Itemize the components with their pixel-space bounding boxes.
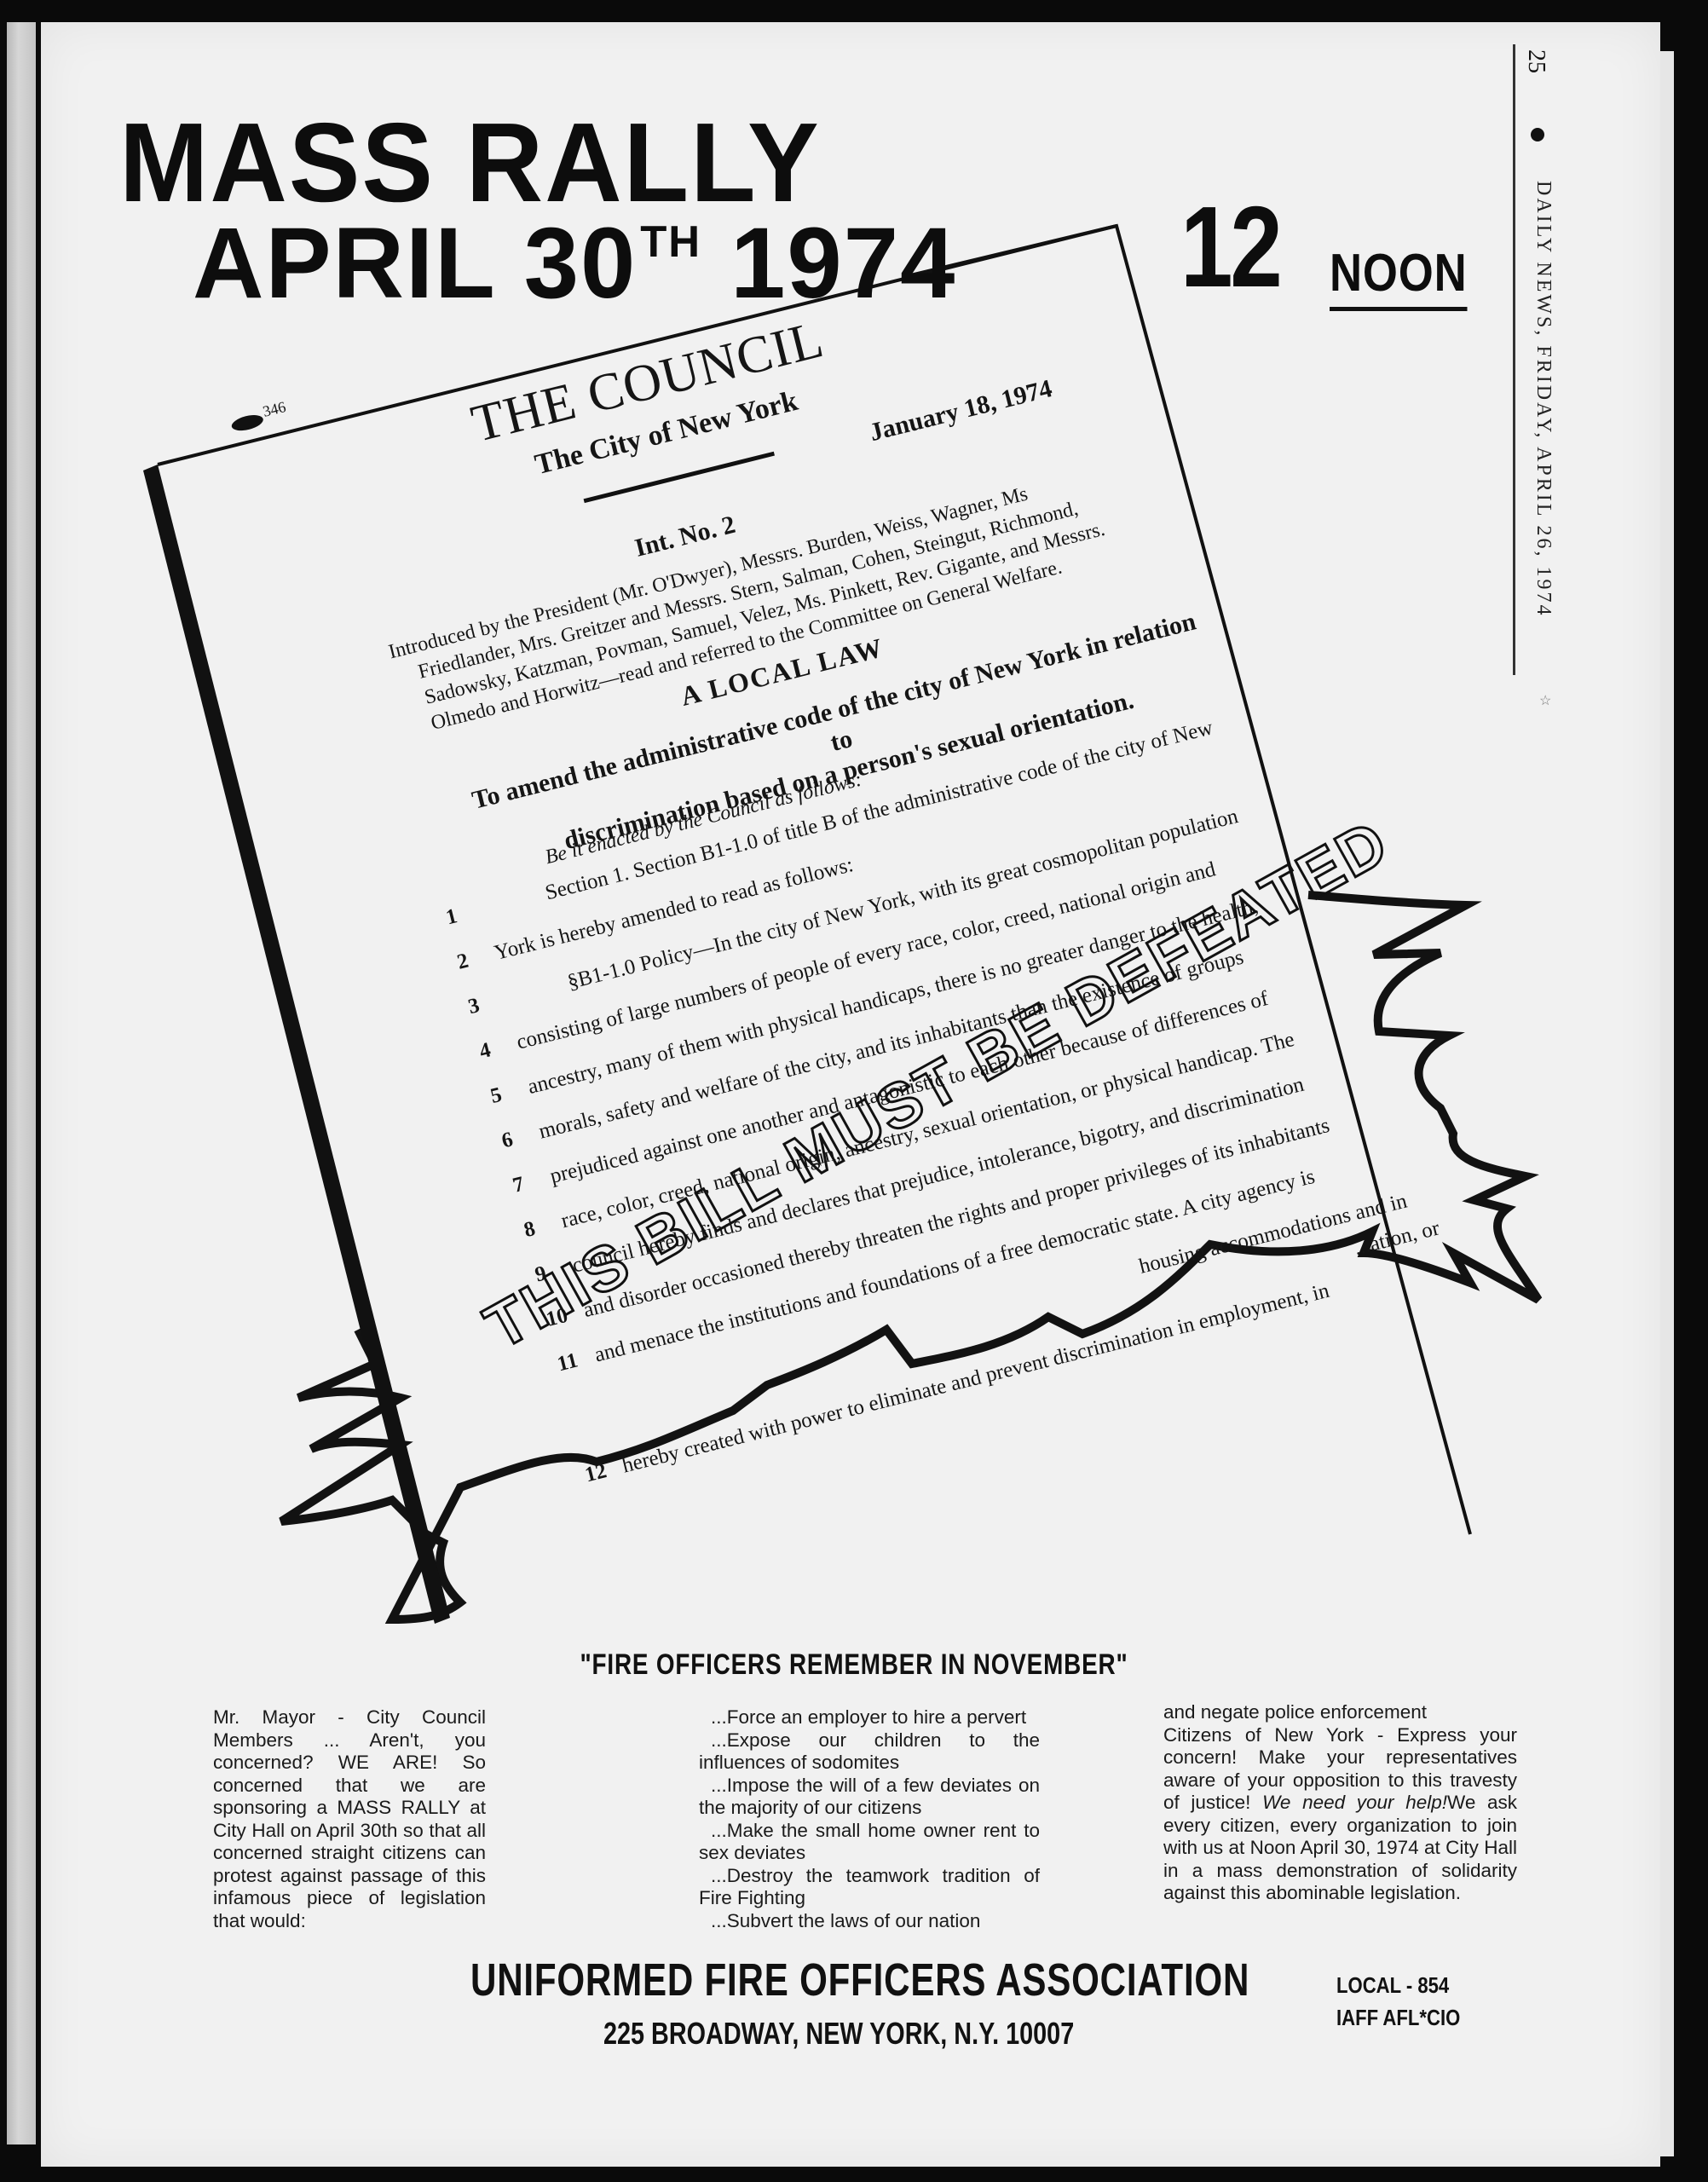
sponsor-address: 225 BROADWAY, NEW YORK, N.Y. 10007 [603,2016,1074,2052]
intro-number: Int. No. 2 [632,511,739,563]
page-number: 25 [1522,49,1549,73]
call-emphasis: We need your help! [1262,1792,1447,1813]
bill-date: January 18, 1974 [867,374,1055,447]
union-local: LOCAL - 854 IAFF AFL*CIO [1336,1969,1460,2034]
slogan: "FIRE OFFICERS REMEMBER IN NOVEMBER" [153,1648,1554,1682]
column-grievances: ...Force an employer to hire a pervert..… [699,1706,1040,1932]
call-text: Citizens of New York - Express your conc… [1163,1724,1517,1905]
date-prefix: APRIL 30 [193,207,637,320]
column-call-to-action: and negate police enforcement Citizens o… [1163,1701,1517,1905]
call-lead: and negate police enforcement [1163,1701,1517,1724]
page-edge [1660,51,1674,2156]
grievance-item: ...Make the small home owner rent to sex… [699,1820,1040,1865]
running-head-text: DAILY NEWS, FRIDAY, APRIL 26, 1974 [1532,181,1555,618]
scan-binding-strip [7,22,36,2144]
bullet-icon [1531,128,1544,141]
column-appeal: Mr. Mayor - City Council Members ... Are… [213,1706,486,1932]
grievance-item: ...Subvert the laws of our nation [699,1910,1040,1933]
affiliation: IAFF AFL*CIO [1336,2001,1460,2034]
grievance-item: ...Force an employer to hire a pervert [699,1706,1040,1729]
date-suffix: TH [640,217,701,267]
grievance-item: ...Expose our children to the influences… [699,1729,1040,1775]
appeal-text: Mr. Mayor - City Council Members ... Are… [213,1706,486,1932]
local-number: LOCAL - 854 [1336,1969,1460,2001]
sponsor-name: UNIFORMED FIRE OFFICERS ASSOCIATION [470,1954,1249,2006]
running-head: 25 DAILY NEWS, FRIDAY, APRIL 26, 1974 ☆ [1513,44,1567,675]
grievance-item: ...Impose the will of a few deviates on … [699,1775,1040,1820]
star-icon: ☆ [1539,692,1551,709]
headline-time-word: NOON [1330,247,1468,311]
grievance-item: ...Destroy the teamwork tradition of Fir… [699,1865,1040,1910]
headline-mass-rally: MASS RALLY [119,107,821,219]
line-number: 1 [444,899,483,931]
